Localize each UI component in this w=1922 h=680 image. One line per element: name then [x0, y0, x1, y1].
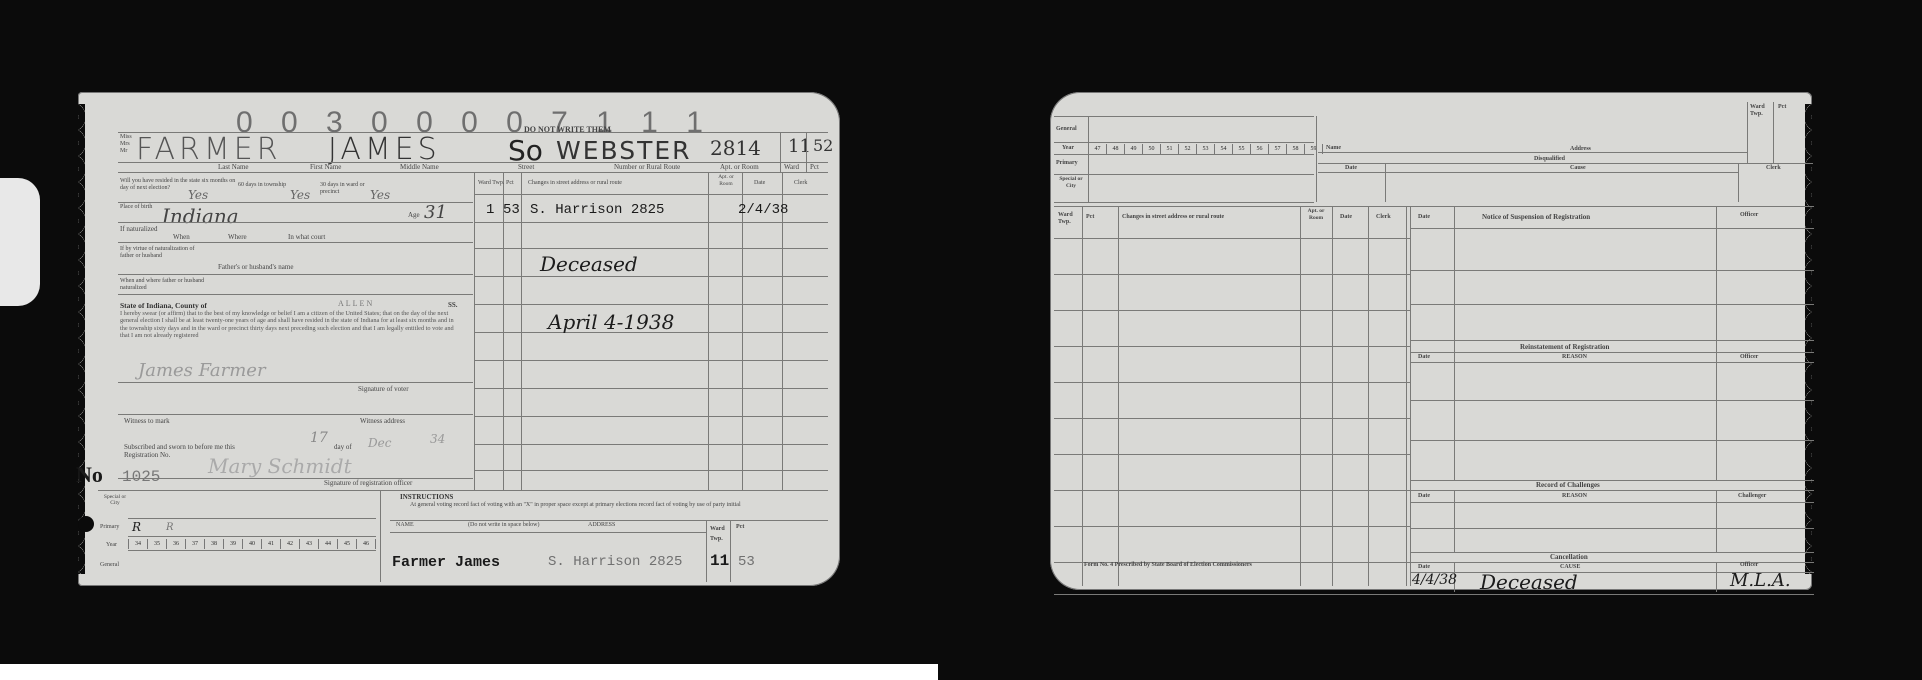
cancellation-date-label: Date: [1418, 564, 1430, 570]
voter-signature: James Farmer: [138, 360, 266, 381]
grid-label-general: General: [100, 562, 119, 568]
changes-header-clerk: Clerk: [794, 180, 807, 186]
pct-label: Pct: [810, 164, 819, 171]
house-number-value: 2814: [710, 136, 761, 160]
grid-label-year: Year: [106, 542, 117, 548]
address-label: Address: [1570, 146, 1591, 152]
disqualified-label: Disqualified: [1534, 156, 1565, 162]
instructions-text: At general voting record fact of voting …: [410, 502, 810, 509]
number-label: Number or Rural Route: [614, 164, 680, 171]
last-name-label: Last Name: [218, 164, 249, 171]
primary-mark-34: R: [132, 520, 141, 534]
footer-pct-value: 53: [738, 554, 755, 570]
cause-label: Cause: [1570, 165, 1586, 171]
oath-header: State of Indiana, County of: [120, 302, 207, 310]
back-year-row: 47484950515253545556575859: [1088, 144, 1323, 154]
back-grid-label-general: General: [1056, 126, 1077, 132]
back-changes-header-ward: Ward Twp.: [1058, 212, 1078, 226]
footer-address-value: S. Harrison 2825: [548, 554, 682, 570]
street-value: WEBSTER: [556, 136, 692, 165]
film-edge-tab: [0, 178, 40, 306]
challenges-reason-label: REASON: [1562, 493, 1587, 499]
registration-card-back: General Year Primary Special or City 474…: [1050, 92, 1812, 590]
registrar-signature-label: Signature of registration officer: [324, 480, 412, 487]
card-edge-scallop: [1805, 104, 1819, 574]
changes-header-pct: Pct: [506, 180, 514, 186]
oath-text: I hereby swear (or affirm) that to the b…: [120, 310, 460, 340]
back-pct-label: Pct: [1778, 104, 1786, 110]
registration-number: 1025: [122, 468, 160, 486]
clerk-label: Clerk: [1766, 165, 1781, 171]
cancellation-officer-value: M.L.A.: [1730, 570, 1791, 591]
ward-value: 11: [788, 136, 811, 157]
voter-signature-label: Signature of voter: [358, 386, 409, 393]
name-label: Name: [1326, 145, 1341, 151]
county-value: ALLEN: [338, 300, 374, 308]
front-year-row: 34353637383940414243444546: [128, 539, 376, 549]
cancellation-title: Cancellation: [1550, 554, 1588, 561]
footer-name-label: NAME: [396, 522, 414, 528]
serial-number: 0 0 3 0 0 0 0 7 1 1 1: [236, 106, 713, 140]
ward-days-label: 30 days in ward or precinct: [320, 182, 375, 196]
back-changes-header-address: Changes in street address or rural route: [1122, 214, 1224, 220]
suspension-date-label: Date: [1418, 214, 1430, 220]
changes-header-address: Changes in street address or rural route: [528, 180, 622, 186]
changes-header-ward: Ward Twp.: [478, 180, 504, 187]
form-footer: Form No. 4 Prescribed by State Board of …: [1084, 562, 1252, 568]
reinstatement-title: Reinstatement of Registration: [1520, 344, 1609, 351]
changes-header-apt: Apt. or Room: [712, 174, 740, 188]
reinstatement-date-label: Date: [1418, 354, 1430, 360]
registration-no-label: Registration No.: [124, 452, 170, 459]
cancellation-officer-label: Officer: [1740, 562, 1758, 568]
back-grid-label-year: Year: [1062, 145, 1074, 151]
grid-label-primary: Primary: [100, 524, 119, 530]
suspension-title: Notice of Suspension of Registration: [1482, 214, 1590, 221]
disqualified-date-label: Date: [1345, 165, 1357, 171]
suspension-officer-label: Officer: [1740, 212, 1758, 218]
first-name-label: First Name: [310, 164, 341, 171]
place-of-birth-value: Indiana: [162, 204, 239, 228]
back-changes-header-apt: Apt. or Room: [1304, 208, 1328, 222]
township-days-answer: Yes: [290, 188, 310, 202]
street-label: Street: [518, 164, 534, 171]
reinstatement-reason-label: REASON: [1562, 354, 1587, 360]
place-of-birth-label: Place of birth: [120, 204, 155, 211]
grid-label-special: Special or City: [100, 494, 130, 506]
back-changes-header-pct: Pct: [1086, 214, 1094, 220]
no-symbol: No: [76, 462, 103, 488]
cancellation-date-value: 4/4/38: [1412, 572, 1457, 588]
reinstatement-officer-label: Officer: [1740, 354, 1758, 360]
footer-ward-label: Ward Twp.: [710, 524, 728, 544]
middle-name-label: Middle Name: [400, 164, 439, 171]
witness-label: Witness to mark: [124, 418, 170, 425]
ward-label: Ward: [784, 164, 799, 171]
subscribed-year: 34: [430, 432, 445, 446]
back-changes-header-date: Date: [1340, 214, 1352, 220]
subscribed-day: 17: [310, 430, 328, 446]
parent-when-label: When and where father or husband natural…: [120, 278, 210, 292]
naturalized-where-label: Where: [228, 234, 247, 241]
challenges-title: Record of Challenges: [1536, 482, 1600, 489]
back-grid-label-primary: Primary: [1056, 160, 1078, 166]
changes-header-date: Date: [754, 180, 765, 186]
challenges-date-label: Date: [1418, 493, 1430, 499]
registration-card-front: 0 0 3 0 0 0 0 7 1 1 1 DO NOT WRITE THEM …: [78, 92, 840, 586]
instructions-title: INSTRUCTIONS: [400, 494, 453, 501]
salutation-labels: MissMrsMr: [120, 134, 132, 155]
back-changes-header-clerk: Clerk: [1376, 214, 1391, 220]
naturalized-label: If naturalized: [120, 226, 158, 233]
apt-label: Apt. or Room: [720, 164, 759, 171]
footer-ward-value: 11: [710, 552, 729, 570]
subscribed-month: Dec: [368, 436, 391, 450]
punch-hole: [78, 516, 94, 532]
scan-margin: [0, 664, 938, 680]
residency-question: Will you have resided in the state six m…: [120, 178, 240, 192]
footer-note: (Do not write in space below): [468, 522, 539, 528]
deceased-note: Deceased: [540, 252, 638, 276]
death-date-note: April 4-1938: [548, 310, 674, 334]
parent-naturalization-label: If by virtue of naturalization of father…: [120, 246, 195, 260]
naturalized-court-label: In what court: [288, 234, 325, 241]
back-ward-label: Ward Twp.: [1750, 104, 1770, 118]
age-label: Age: [408, 212, 420, 219]
township-days-label: 60 days in township: [238, 182, 288, 189]
witness-address-label: Witness address: [360, 418, 405, 425]
card-edge-scallop: [71, 104, 85, 574]
registrar-signature: Mary Schmidt: [208, 454, 352, 478]
footer-address-label: ADDRESS: [588, 522, 615, 528]
age-value: 31: [424, 202, 447, 223]
naturalized-when-label: When: [173, 234, 190, 241]
parent-name-label: Father's or husband's name: [218, 264, 293, 271]
subscribed-of-label: day of: [334, 444, 352, 451]
cancellation-cause-value: Deceased: [1480, 570, 1578, 594]
back-grid-label-special: Special or City: [1056, 176, 1086, 190]
ss-label: SS.: [448, 302, 458, 309]
footer-name-value: Farmer James: [392, 554, 500, 571]
pct-value: 52: [813, 136, 833, 155]
challenger-label: Challenger: [1738, 493, 1766, 499]
primary-mark-36: R: [166, 522, 174, 533]
footer-pct-label: Pct: [736, 524, 744, 530]
residency-answer: Yes: [188, 188, 208, 202]
ward-days-answer: Yes: [370, 188, 390, 202]
subscribed-label: Subscribed and sworn to before me this: [124, 444, 235, 451]
